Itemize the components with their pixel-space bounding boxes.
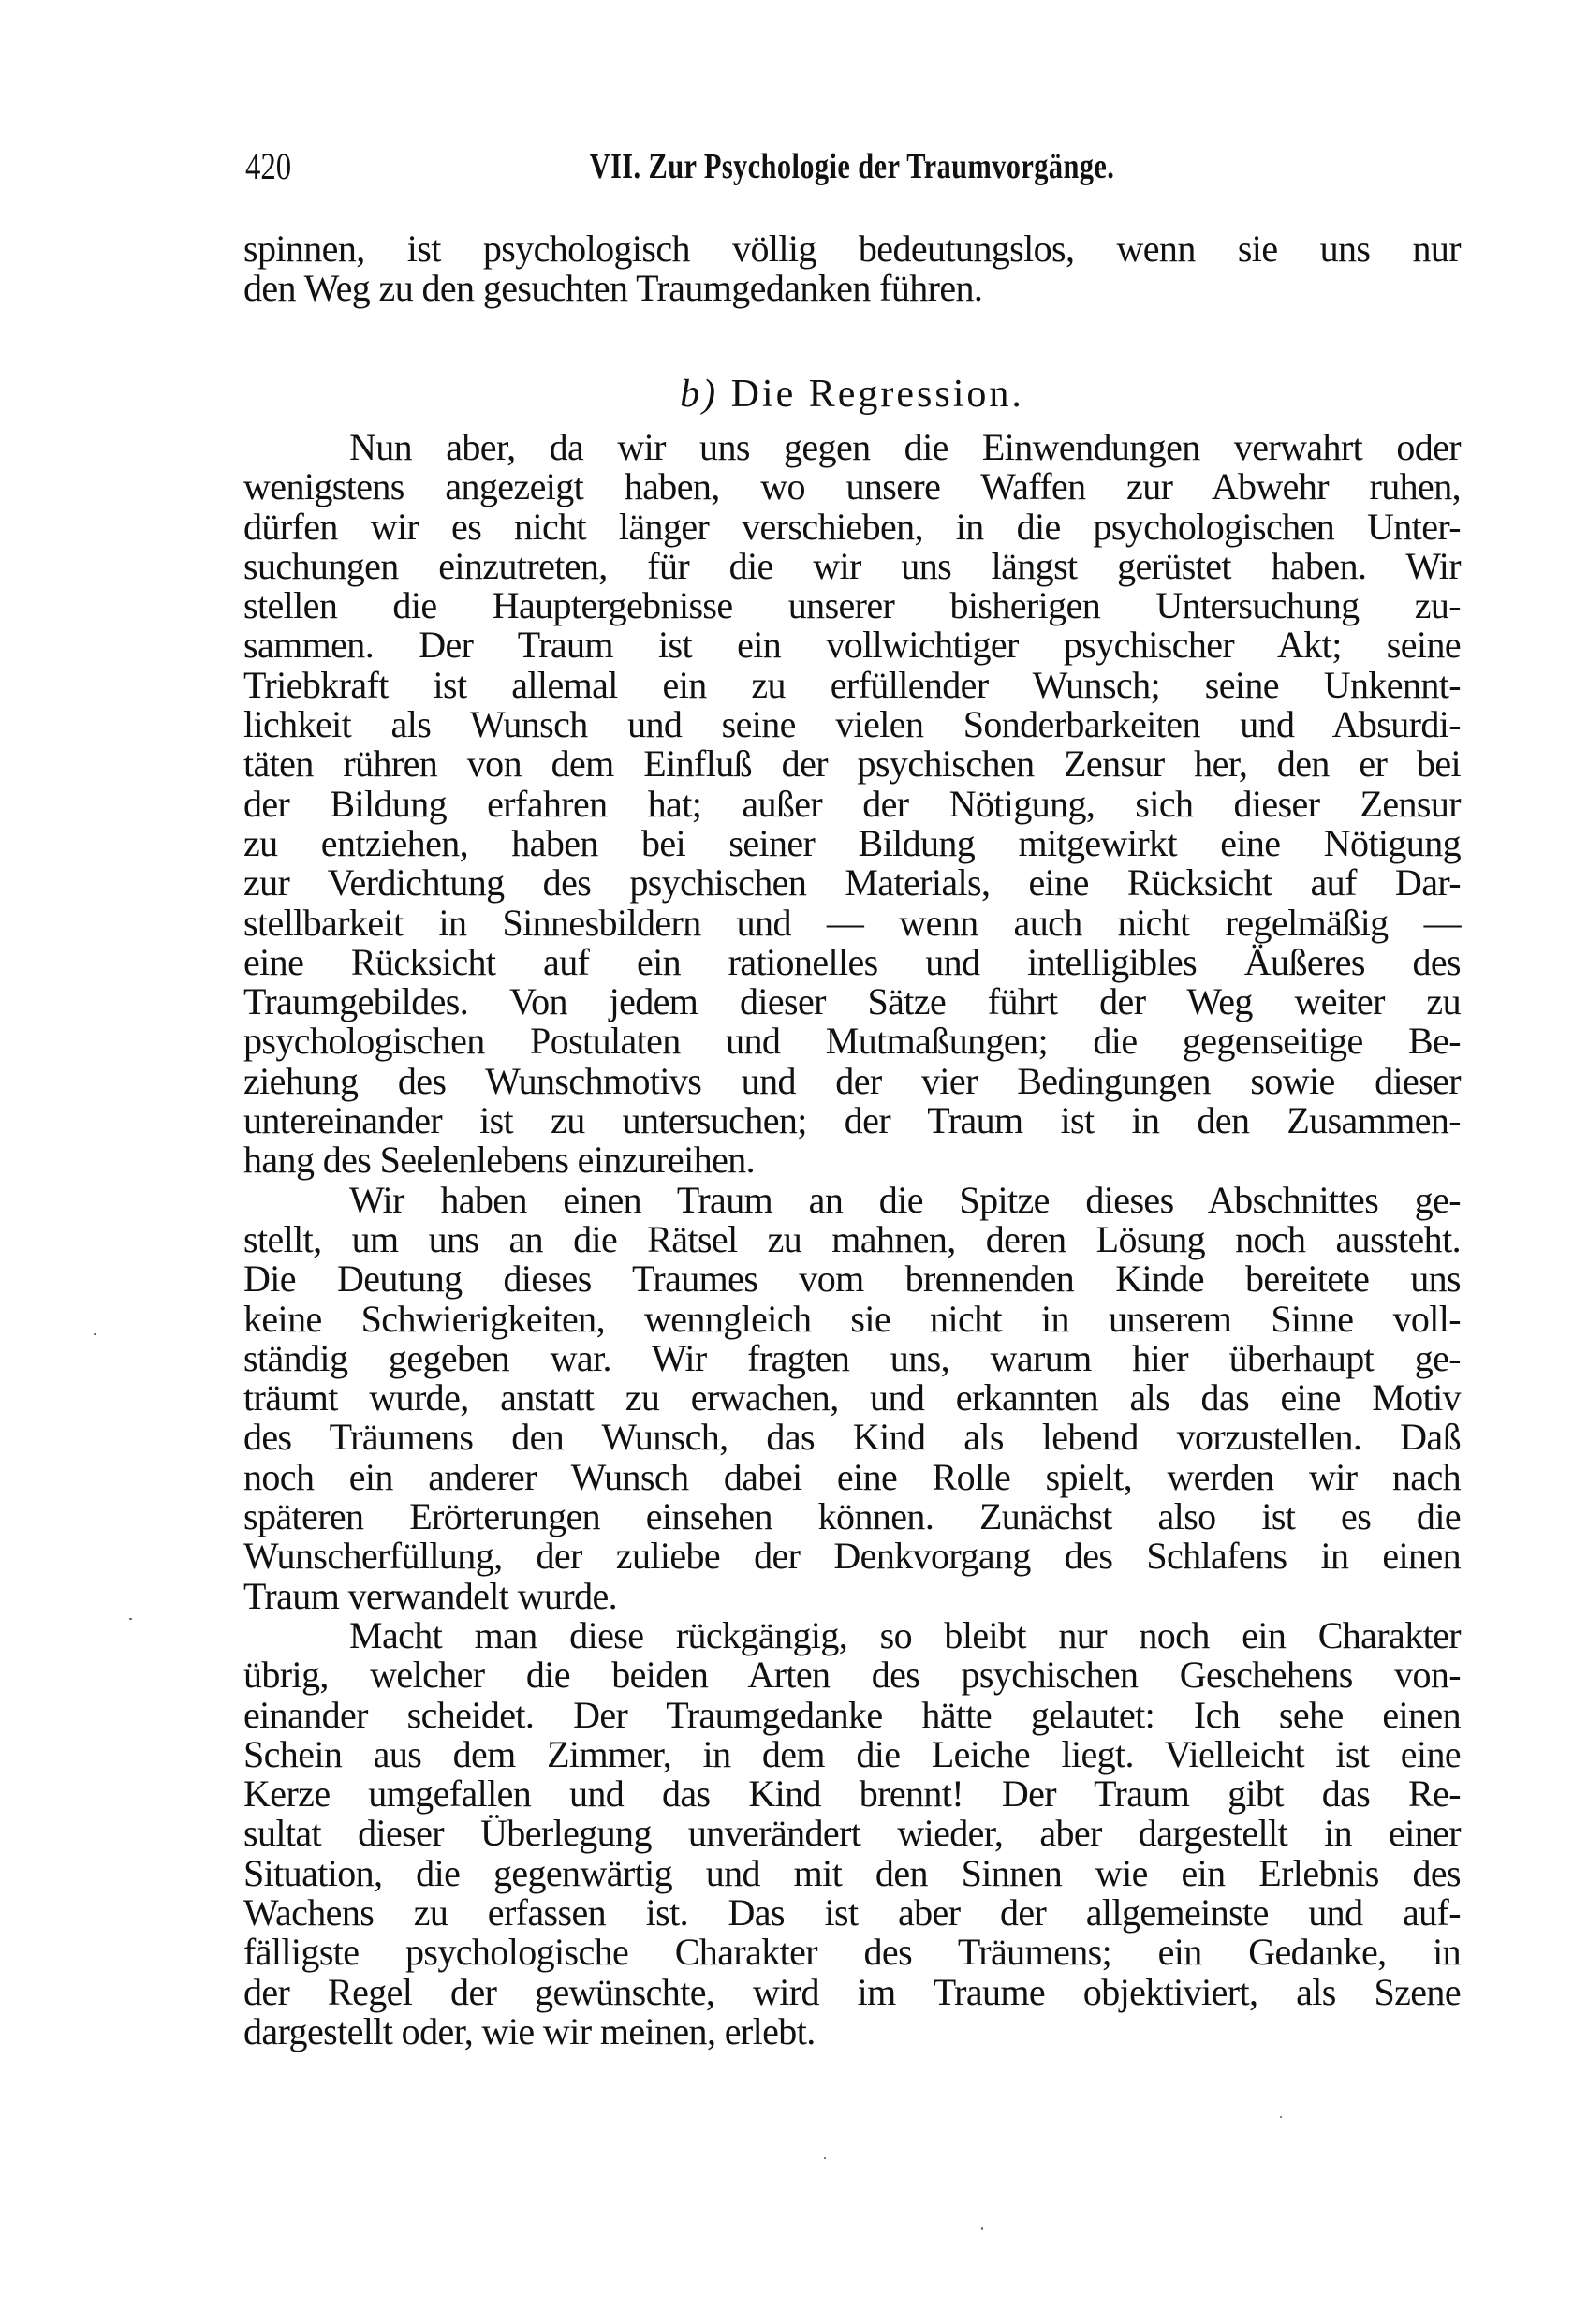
section-heading: b) Die Regression. [243, 371, 1461, 418]
running-title: VII. Zur Psychologie der Traumvorgänge. [365, 146, 1339, 187]
text-line: den Weg zu den gesuchten Traumgedanken f… [243, 269, 1461, 308]
scan-speck [94, 1333, 96, 1335]
text-line: untereinander ist zu untersuchen; der Tr… [243, 1101, 1461, 1140]
text-line: zur Verdichtung des psychischen Material… [243, 863, 1461, 903]
text-line: späteren Erörterungen einsehen können. Z… [243, 1497, 1461, 1537]
text-line: Macht man diese rückgängig, so bleibt nu… [243, 1616, 1461, 1655]
text-line: psychologischen Postulaten und Mutmaßung… [243, 1022, 1461, 1061]
page-number: 420 [245, 146, 291, 187]
paragraph: Wir haben einen Traum an die Spitze dies… [243, 1181, 1461, 1616]
text-line: sultat dieser Überlegung unverändert wie… [243, 1814, 1461, 1853]
text-line: einander scheidet. Der Traumgedanke hätt… [243, 1696, 1461, 1735]
text-line: sammen. Der Traum ist ein vollwichtiger … [243, 625, 1461, 665]
section-letter: b) [680, 373, 718, 416]
text-line: ständig gegeben war. Wir fragten uns, wa… [243, 1339, 1461, 1378]
text-line: spinnen, ist psychologisch völlig bedeut… [243, 229, 1461, 269]
text-line: ziehung des Wunschmotivs und der vier Be… [243, 1062, 1461, 1101]
body-paragraphs: Nun aber, da wir uns gegen die Einwendun… [243, 428, 1461, 2052]
text-line: Nun aber, da wir uns gegen die Einwendun… [243, 428, 1461, 467]
text-line: träumt wurde, anstatt zu erwachen, und e… [243, 1378, 1461, 1418]
text-line: dürfen wir es nicht länger verschieben, … [243, 507, 1461, 547]
text-line: Traum verwandelt wurde. [243, 1577, 1461, 1616]
text-line: des Träumens den Wunsch, das Kind als le… [243, 1418, 1461, 1457]
text-line: Wunscherfüllung, der zuliebe der Denkvor… [243, 1537, 1461, 1576]
text-line: Wachens zu erfassen ist. Das ist aber de… [243, 1893, 1461, 1933]
text-line: der Regel der gewünschte, wird im Traume… [243, 1973, 1461, 2012]
text-line: keine Schwierigkeiten, wenngleich sie ni… [243, 1300, 1461, 1339]
text-line: Schein aus dem Zimmer, in dem die Leiche… [243, 1735, 1461, 1774]
text-line: fälligste psychologische Charakter des T… [243, 1933, 1461, 1972]
text-line: zu entziehen, haben bei seiner Bildung m… [243, 824, 1461, 863]
text-line: stellen die Hauptergebnisse unserer bish… [243, 586, 1461, 625]
scan-speck [981, 2227, 983, 2230]
text-line: Triebkraft ist allemal ein zu erfüllende… [243, 666, 1461, 705]
text-line: Wir haben einen Traum an die Spitze dies… [243, 1181, 1461, 1220]
text-line: hang des Seelenlebens einzureihen. [243, 1140, 1461, 1180]
text-line: der Bildung erfahren hat; außer der Nöti… [243, 785, 1461, 824]
text-line: Situation, die gegenwärtig und mit den S… [243, 1854, 1461, 1893]
text-line: täten rühren von dem Einfluß der psychis… [243, 744, 1461, 784]
text-line: Traumgebildes. Von jedem dieser Sätze fü… [243, 982, 1461, 1022]
section-title: Die Regression. [731, 373, 1024, 416]
scan-speck [1280, 2116, 1282, 2118]
book-page: 420 VII. Zur Psychologie der Traumvorgän… [0, 0, 1588, 2324]
paragraph: Nun aber, da wir uns gegen die Einwendun… [243, 428, 1461, 1181]
scan-speck [129, 1618, 132, 1620]
text-line: noch ein anderer Wunsch dabei eine Rolle… [243, 1458, 1461, 1497]
scan-speck [824, 2157, 826, 2159]
paragraph: Macht man diese rückgängig, so bleibt nu… [243, 1616, 1461, 2052]
text-line: eine Rücksicht auf ein rationelles und i… [243, 943, 1461, 982]
text-line: suchungen einzutreten, für die wir uns l… [243, 547, 1461, 586]
text-line: Kerze umgefallen und das Kind brennt! De… [243, 1774, 1461, 1814]
text-line: übrig, welcher die beiden Arten des psyc… [243, 1655, 1461, 1695]
text-line: Die Deutung dieses Traumes vom brennende… [243, 1259, 1461, 1299]
continuation-text: spinnen, ist psychologisch völlig bedeut… [243, 229, 1461, 309]
text-line: stellbarkeit in Sinnesbildern und — wenn… [243, 904, 1461, 943]
text-line: wenigstens angezeigt haben, wo unsere Wa… [243, 467, 1461, 507]
text-line: dargestellt oder, wie wir meinen, erlebt… [243, 2012, 1461, 2052]
text-line: stellt, um uns an die Rätsel zu mahnen, … [243, 1220, 1461, 1259]
text-line: lichkeit als Wunsch und seine vielen Son… [243, 705, 1461, 744]
running-head: 420 VII. Zur Psychologie der Traumvorgän… [243, 146, 1461, 187]
